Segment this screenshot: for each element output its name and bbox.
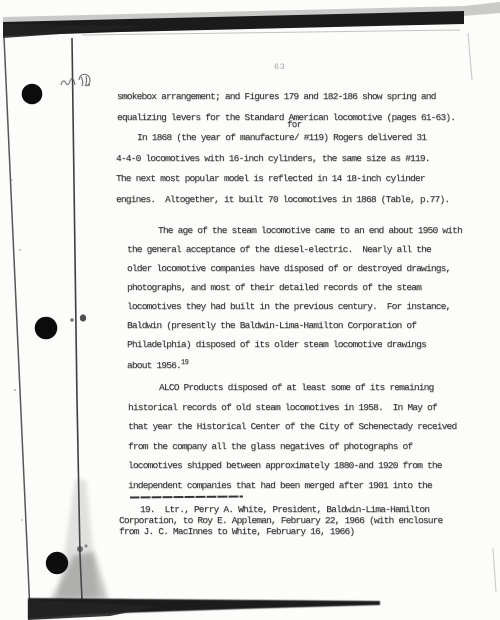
- text-line: locomotives shipped between approximatel…: [128, 456, 456, 476]
- text-line: about 1956.19: [127, 354, 462, 373]
- text-line: photographs, and most of their detailed …: [127, 278, 462, 297]
- footnote-separator: [130, 496, 243, 499]
- punch-hole-top: [22, 84, 43, 105]
- text-line: In 1868 (the year of manufacture/ #119) …: [116, 128, 449, 149]
- paragraph-steam-age-end: The age of the steam locomotive came to …: [127, 221, 462, 373]
- footnote-reference: 19: [181, 359, 188, 367]
- left-page-edge-line: [4, 37, 30, 612]
- text-line: engines. Altogether, it built 70 locomot…: [116, 190, 449, 211]
- top-edge-speckle: [3, 2, 500, 27]
- text-line: The age of the steam locomotive came to …: [127, 221, 462, 240]
- underlying-page-right-line: [468, 33, 472, 80]
- page-fold-line: [72, 38, 82, 600]
- text-line: equalizing levers for the Standard Ameri…: [117, 108, 455, 129]
- paper-background: 63 for smokebox arrangement; and Figures…: [0, 0, 500, 620]
- text-line: Philadelphia) disposed of its older stea…: [127, 335, 462, 354]
- footnote-line: from J. C. MacInnes to White, February 1…: [119, 527, 442, 538]
- text-line: The next most popular model is reflected…: [116, 169, 449, 190]
- text-line: Baldwin (presently the Baldwin-Lima-Hami…: [127, 316, 462, 335]
- fold-smudge-upper: [58, 480, 98, 598]
- paragraph-alco-records: ALCO Products disposed of at least some …: [128, 378, 456, 495]
- top-edge-shadow: [3, 11, 464, 36]
- underlying-page-bottom-right-line: [493, 548, 496, 592]
- page-number: 63: [274, 62, 285, 72]
- footnote-line: Corporation, to Roy E. Appleman, Februar…: [119, 516, 442, 527]
- paragraph-rogers-1868: In 1868 (the year of manufacture/ #119) …: [116, 128, 449, 210]
- underlying-page-top-line: [82, 30, 460, 35]
- punch-hole-middle: [35, 317, 58, 340]
- text-line: the general acceptance of the diesel-ele…: [127, 240, 462, 259]
- text-line: older locomotive companies have disposed…: [127, 259, 462, 278]
- bottom-edge-shadow: [28, 598, 380, 619]
- text-line: historical records of old steam locomoti…: [128, 398, 456, 418]
- punch-holes: [22, 84, 68, 575]
- text-line: 4-4-0 locomotives with 16-inch cylinders…: [116, 149, 449, 170]
- top-edge-shadow-left-thick: [3, 24, 150, 38]
- text-line: locomotives they had built in the previo…: [127, 297, 462, 316]
- ink-smudges: [11, 179, 88, 552]
- text-line: independent companies that had been merg…: [128, 476, 456, 496]
- bottom-edge-shadow-left: [28, 600, 160, 620]
- paragraph-continuation: smokebox arrangement; and Figures 179 an…: [117, 87, 455, 128]
- handwritten-mark: [61, 74, 90, 86]
- footnote-19: 19. Ltr., Perry A. White, President, Bal…: [119, 505, 442, 537]
- text-line: smokebox arrangement; and Figures 179 an…: [117, 87, 455, 108]
- text-line: from the company all the glass negatives…: [128, 437, 456, 457]
- fold-smudge-cone: [50, 552, 108, 601]
- scanned-document-page: { "page": { "page_number": "63", "insert…: [0, 0, 500, 620]
- text-line: that year the Historical Center of the C…: [128, 417, 456, 437]
- text-line: ALCO Products disposed of at least some …: [128, 378, 456, 398]
- punch-hole-bottom: [46, 552, 68, 574]
